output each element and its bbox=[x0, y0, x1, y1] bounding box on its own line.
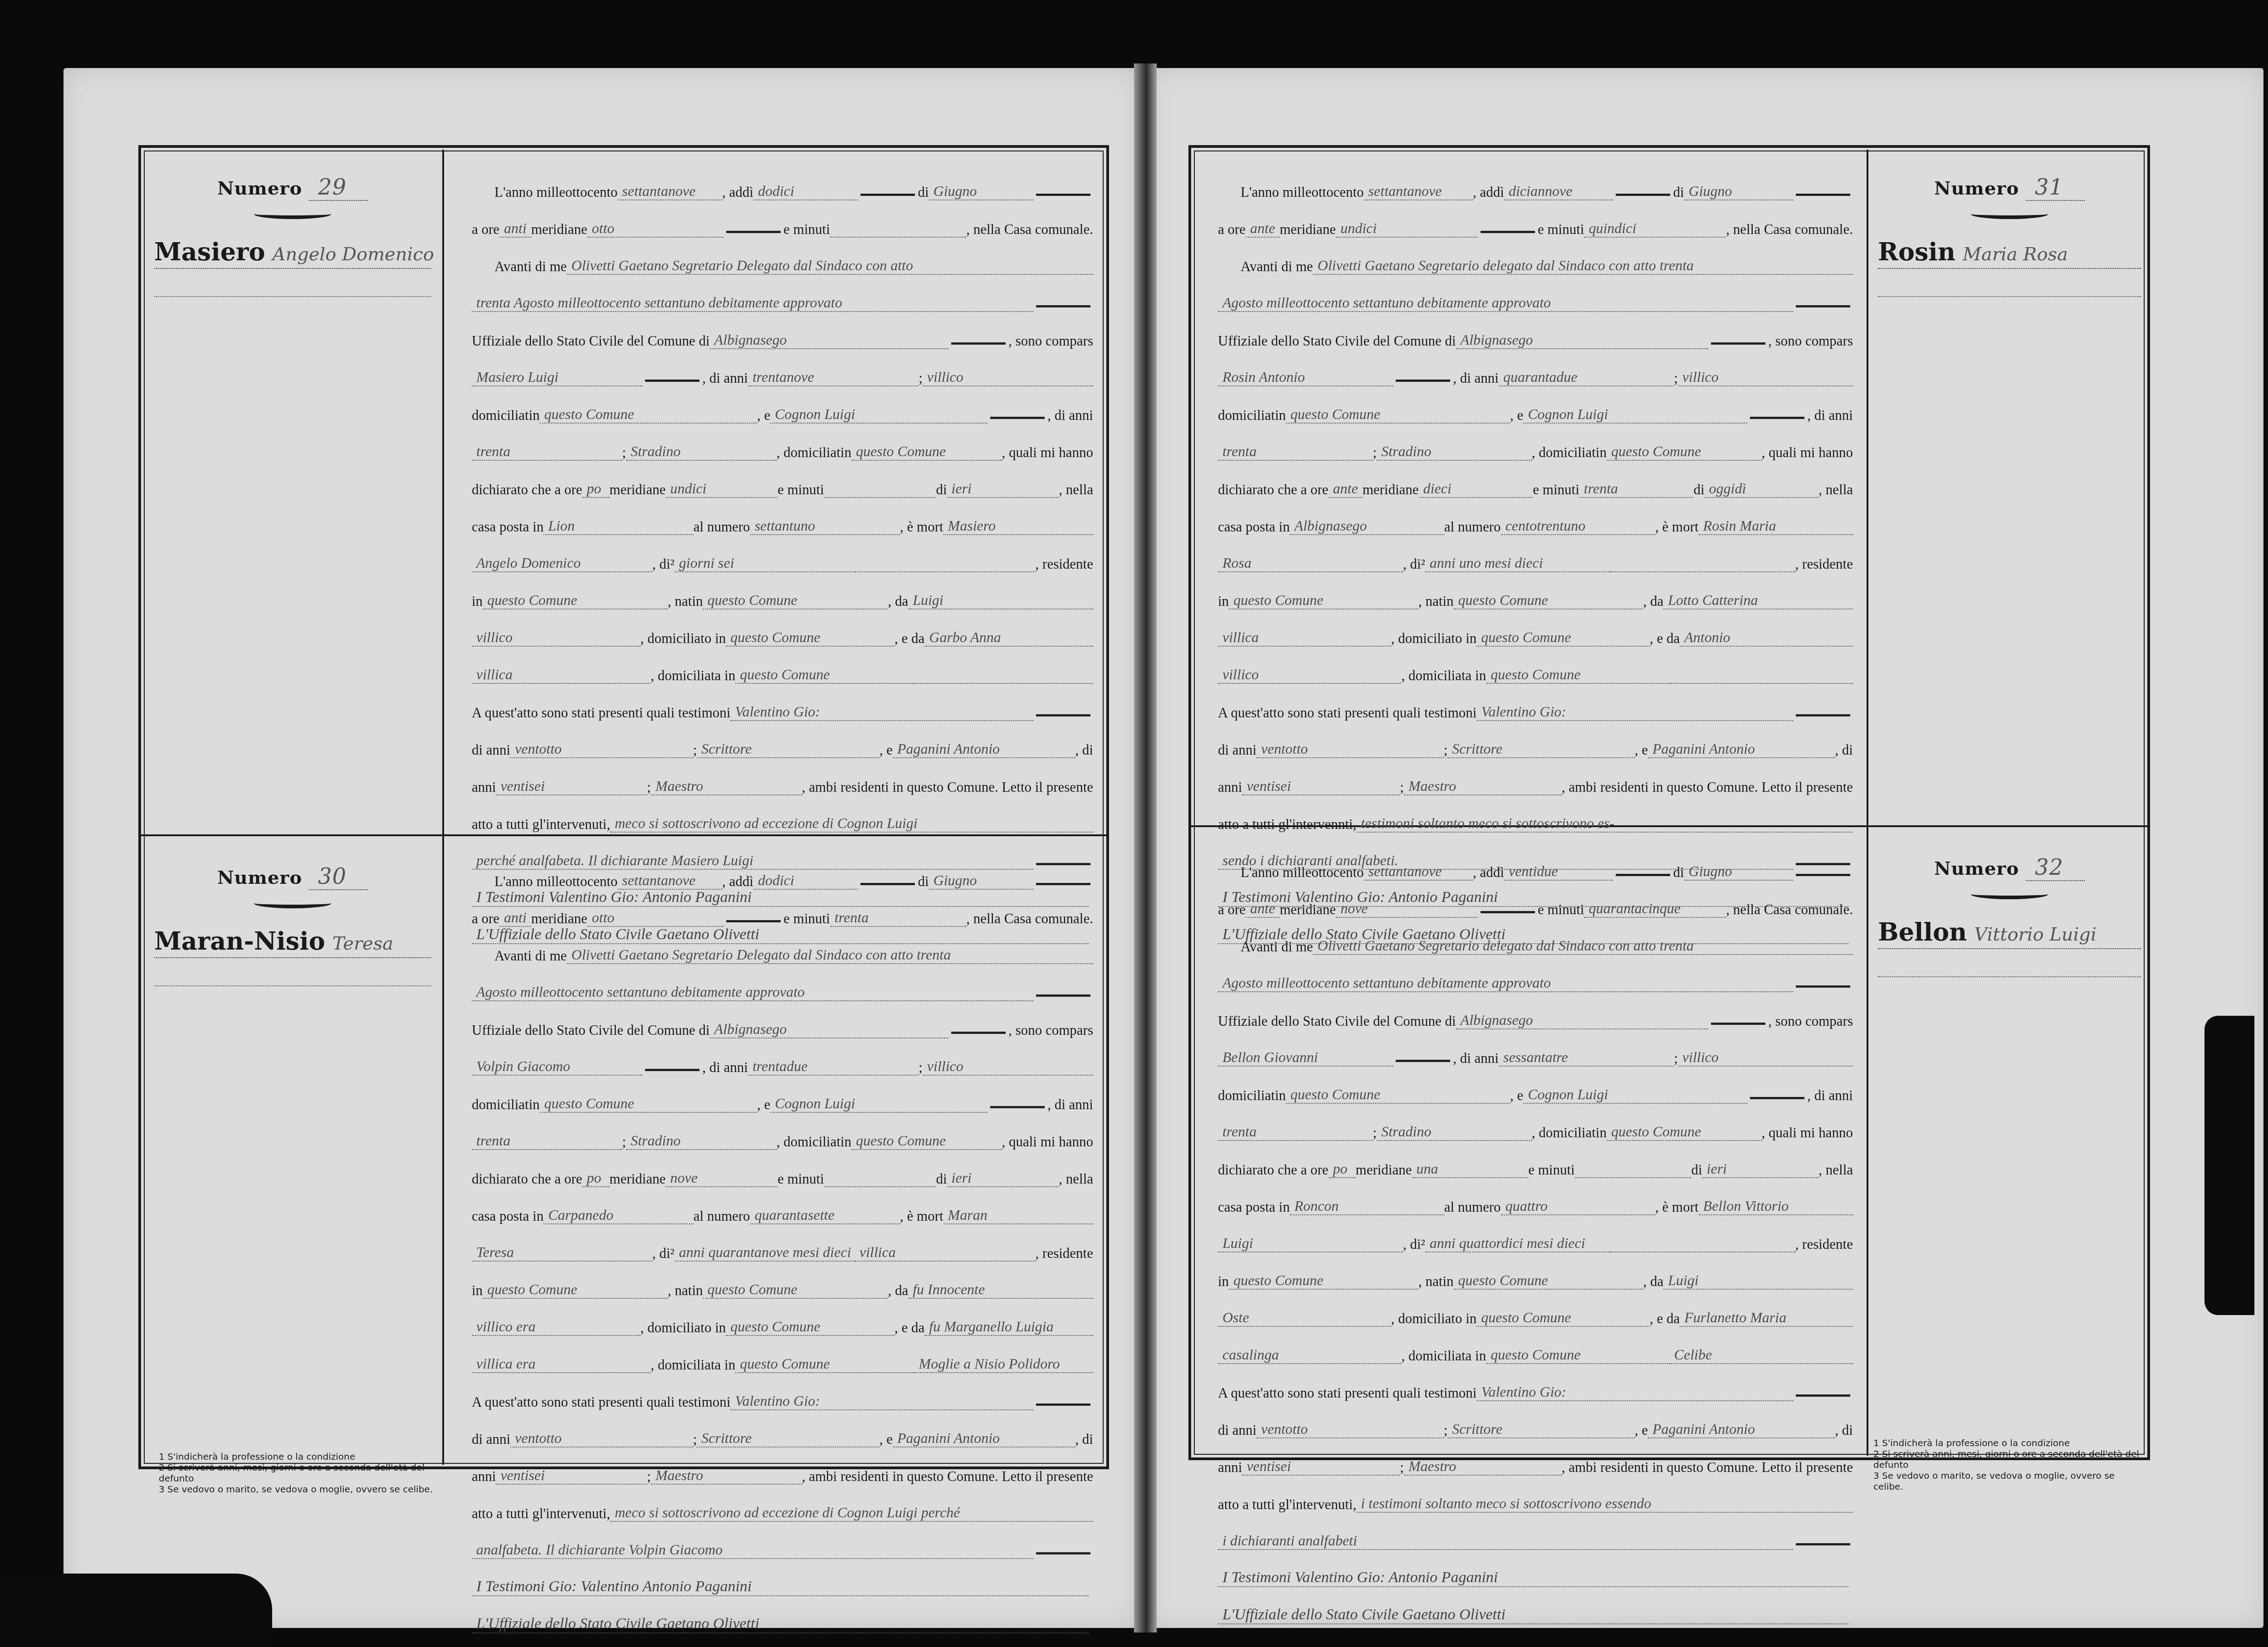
deceased-name: Maran-NisioTeresa bbox=[154, 926, 431, 958]
handwritten-field: anni quarantanove mesi dieci bbox=[675, 1244, 855, 1262]
handwritten-field: Cognon Luigi bbox=[770, 1095, 987, 1113]
handwritten-field: questo Comune bbox=[1229, 1272, 1418, 1290]
handwritten-field: Cognon Luigi bbox=[770, 406, 987, 424]
handwritten-field: diciannove bbox=[1504, 183, 1613, 200]
handwritten-field: una bbox=[1412, 1160, 1529, 1178]
bottom-shadow bbox=[0, 1574, 272, 1647]
handwritten-field: dodici bbox=[753, 183, 858, 200]
handwritten-field: Celibe bbox=[1670, 1346, 1853, 1364]
handwritten-field: villica bbox=[472, 666, 650, 684]
handwritten-field: Angelo Domenico bbox=[472, 555, 652, 572]
handwritten-field: ante bbox=[1246, 220, 1280, 238]
handwritten-field: Maestro bbox=[1404, 1458, 1562, 1476]
handwritten-field: Teresa bbox=[472, 1244, 652, 1262]
handwritten-field: Albignasego bbox=[1290, 517, 1444, 535]
deceased-name: MasieroAngelo Domenico bbox=[154, 237, 431, 269]
handwritten-field: ante bbox=[1329, 480, 1363, 498]
handwritten-field: villico bbox=[1678, 1049, 1853, 1067]
handwritten-field: quarantacinque bbox=[1584, 900, 1726, 918]
handwritten-field: meco si sottoscrivono ad eccezione di Co… bbox=[610, 815, 1093, 833]
handwritten-field: ventisei bbox=[496, 778, 647, 795]
handwritten-field: questo Comune bbox=[1607, 1123, 1762, 1141]
handwritten-field: centotrentuno bbox=[1501, 517, 1655, 535]
handwritten-field: Agosto milleottocento settantuno debitam… bbox=[1218, 975, 1793, 992]
handwritten-field: trenta bbox=[830, 909, 966, 927]
handwritten-field: Stradino bbox=[1377, 443, 1532, 461]
handwritten-field: ventotto bbox=[1256, 1421, 1443, 1438]
handwritten-field: trentanove bbox=[748, 369, 919, 386]
handwritten-field: villico bbox=[923, 1058, 1093, 1076]
handwritten-field: ieri bbox=[1702, 1160, 1819, 1178]
handwritten-field: Garbo Anna bbox=[924, 629, 1093, 647]
act-entry-31: L'anno milleottocentosettantanove, addìd… bbox=[1191, 150, 1867, 944]
entry-number: 29 bbox=[309, 175, 368, 201]
handwritten-field: villico bbox=[923, 369, 1093, 386]
handwritten-field: Oste bbox=[1218, 1309, 1391, 1327]
entry-number: 32 bbox=[2026, 855, 2085, 881]
handwritten-field: questo Comune bbox=[726, 1318, 894, 1336]
handwritten-field: Carpanedo bbox=[543, 1207, 693, 1224]
handwritten-field: ieri bbox=[947, 480, 1059, 498]
margin-entry-29: Numero 29 MasieroAngelo Domenico bbox=[145, 150, 440, 297]
handwritten-field: trentadue bbox=[748, 1058, 919, 1076]
handwritten-field: giorni sei bbox=[675, 555, 855, 572]
handwritten-field: po bbox=[582, 1169, 610, 1187]
handwritten-field: questo Comune bbox=[540, 406, 757, 424]
handwritten-field: quarantasette bbox=[750, 1207, 900, 1224]
handwritten-field: Albignasego bbox=[710, 331, 949, 349]
handwritten-field: Rosa bbox=[1218, 555, 1403, 572]
handwritten-field: Valentino Gio: bbox=[1476, 703, 1793, 721]
handwritten-field: fu Marganello Luigia bbox=[924, 1318, 1093, 1336]
handwritten-field: dieci bbox=[1419, 480, 1533, 498]
handwritten-field: trenta bbox=[1218, 1123, 1373, 1141]
handwritten-field: undici bbox=[666, 480, 778, 498]
handwritten-field: questo Comune bbox=[1486, 666, 1669, 684]
handwritten-field: questo Comune bbox=[1454, 592, 1643, 609]
handwritten-field: settantuno bbox=[750, 517, 900, 535]
handwritten-field: trenta bbox=[472, 443, 622, 461]
handwritten-field: Scrittore bbox=[1447, 741, 1634, 758]
handwritten-field: questo Comune bbox=[483, 1281, 668, 1299]
numero-label: Numero 31 bbox=[1878, 175, 2141, 201]
ornament-icon bbox=[1971, 209, 2048, 219]
margin-entry-30: Numero 30 Maran-NisioTeresa bbox=[145, 839, 440, 986]
handwritten-field: questo Comune bbox=[1286, 1086, 1510, 1104]
numero-label: Numero 29 bbox=[154, 175, 431, 201]
handwritten-field: meco si sottoscrivono ad eccezione di Co… bbox=[610, 1504, 1093, 1522]
handwritten-field: otto bbox=[587, 220, 723, 238]
handwritten-field: otto bbox=[587, 909, 723, 927]
handwritten-field: i testimoni soltanto meco si sottoscrivo… bbox=[1356, 1495, 1853, 1513]
handwritten-field: villica era bbox=[472, 1355, 650, 1373]
witness-signatures: I Testimoni Valentino Gio: Antonio Pagan… bbox=[1218, 1550, 1848, 1587]
handwritten-field: casalinga bbox=[1218, 1346, 1401, 1364]
handwritten-field: Albignasego bbox=[1456, 1012, 1709, 1029]
handwritten-field: quarantadue bbox=[1499, 369, 1674, 386]
officer-signature: L'Uffiziale dello Stato Civile Gaetano O… bbox=[1218, 1587, 1848, 1624]
handwritten-field: trenta bbox=[1218, 443, 1373, 461]
handwritten-field: trenta bbox=[1579, 480, 1694, 498]
handwritten-field bbox=[1610, 571, 1795, 572]
handwritten-field: Valentino Gio: bbox=[1476, 1384, 1793, 1401]
handwritten-field: analfabeta. Il dichiarante Volpin Giacom… bbox=[472, 1541, 1033, 1559]
handwritten-field: Giugno bbox=[929, 872, 1033, 890]
handwritten-field: questo Comune bbox=[1229, 592, 1418, 609]
handwritten-field: Cognon Luigi bbox=[1523, 1086, 1747, 1104]
handwritten-field: dodici bbox=[753, 872, 858, 890]
handwritten-field: trenta bbox=[472, 1132, 622, 1150]
handwritten-field: Agosto milleottocento settantuno debitam… bbox=[472, 984, 1033, 1001]
handwritten-field: villico bbox=[472, 629, 640, 647]
handwritten-field: Furlanetto Maria bbox=[1680, 1309, 1853, 1327]
handwritten-field: questo Comune bbox=[1607, 443, 1762, 461]
handwritten-field: Maestro bbox=[651, 1467, 802, 1485]
handwritten-field: Paganini Antonio bbox=[893, 741, 1075, 758]
handwritten-field: oggidì bbox=[1705, 480, 1819, 498]
page-tab-marker bbox=[2204, 1016, 2254, 1315]
entry-number: 31 bbox=[2026, 175, 2085, 201]
handwritten-field: questo Comune bbox=[483, 592, 668, 609]
handwritten-field: quattro bbox=[1501, 1198, 1655, 1215]
handwritten-field: Lion bbox=[543, 517, 693, 535]
handwritten-field: anti bbox=[499, 220, 531, 238]
handwritten-field: po bbox=[1329, 1160, 1356, 1178]
handwritten-field: i dichiaranti analfabeti bbox=[1218, 1532, 1793, 1550]
handwritten-field bbox=[1575, 1177, 1691, 1178]
handwritten-field: Luigi bbox=[1218, 1235, 1403, 1252]
handwritten-field bbox=[1670, 683, 1853, 684]
handwritten-field: Scrittore bbox=[697, 741, 879, 758]
handwritten-field: questo Comune bbox=[735, 1355, 914, 1373]
handwritten-field: settantanove bbox=[618, 872, 722, 890]
handwritten-field: Olivetti Gaetano Segretario Delegato dal… bbox=[567, 257, 1093, 275]
handwritten-field: ventisei bbox=[1242, 1458, 1400, 1476]
handwritten-field: Roncon bbox=[1290, 1198, 1444, 1215]
handwritten-field: settantanove bbox=[618, 183, 722, 200]
margin-entry-32: Numero 32 BellonVittorio Luigi bbox=[1869, 830, 2150, 977]
handwritten-field: questo Comune bbox=[735, 666, 914, 684]
handwritten-field: Maran bbox=[943, 1207, 1093, 1224]
handwritten-field: Giugno bbox=[1684, 183, 1793, 200]
handwritten-field bbox=[824, 1186, 936, 1187]
handwritten-field: ventotto bbox=[510, 1430, 693, 1447]
handwritten-field: ventidue bbox=[1504, 863, 1613, 881]
handwritten-field: Paganini Antonio bbox=[893, 1430, 1075, 1447]
handwritten-field: trenta Agosto milleottocento settantuno … bbox=[472, 294, 1033, 312]
footnotes-right: 1 S'indicherà la professione o la condiz… bbox=[1873, 1437, 2146, 1492]
handwritten-field: Scrittore bbox=[697, 1430, 879, 1447]
deceased-name: BellonVittorio Luigi bbox=[1878, 917, 2141, 949]
right-column-divider bbox=[1867, 150, 1868, 1456]
handwritten-field: Valentino Gio: bbox=[730, 703, 1033, 721]
handwritten-field: Maestro bbox=[651, 778, 802, 795]
handwritten-field: Maestro bbox=[1404, 778, 1562, 795]
handwritten-field: questo Comune bbox=[1486, 1346, 1669, 1364]
handwritten-field: Stradino bbox=[1377, 1123, 1532, 1141]
handwritten-field: questo Comune bbox=[1476, 629, 1650, 647]
act-entry-32: L'anno milleottocentosettantanove, addìv… bbox=[1191, 830, 1867, 1624]
ornament-icon bbox=[1971, 889, 2048, 899]
handwritten-field: ventotto bbox=[1256, 741, 1443, 758]
handwritten-field: sessantatre bbox=[1499, 1049, 1674, 1067]
handwritten-field: villica bbox=[1218, 629, 1391, 647]
ornament-icon bbox=[254, 209, 331, 219]
handwritten-field: questo Comune bbox=[1476, 1309, 1650, 1327]
handwritten-field bbox=[824, 497, 936, 498]
handwritten-field: Agosto milleottocento settantuno debitam… bbox=[1218, 294, 1793, 312]
handwritten-field: anni quattordici mesi dieci bbox=[1425, 1235, 1610, 1252]
handwritten-field: undici bbox=[1336, 220, 1478, 238]
handwritten-field: Masiero bbox=[943, 517, 1093, 535]
handwritten-field: questo Comune bbox=[703, 1281, 888, 1299]
book-gutter bbox=[1134, 63, 1157, 1632]
handwritten-field: villico bbox=[1218, 666, 1401, 684]
entry-number: 30 bbox=[309, 864, 368, 890]
handwritten-field: Stradino bbox=[626, 443, 777, 461]
witness-signatures: I Testimoni Gio: Valentino Antonio Pagan… bbox=[472, 1559, 1089, 1596]
handwritten-field: Luigi bbox=[1663, 1272, 1853, 1290]
handwritten-field: Paganini Antonio bbox=[1648, 741, 1835, 758]
handwritten-field bbox=[1610, 1252, 1795, 1252]
handwritten-field: Scrittore bbox=[1447, 1421, 1634, 1438]
handwritten-field: nove bbox=[666, 1169, 778, 1187]
handwritten-field: Giugno bbox=[929, 183, 1033, 200]
handwritten-field: Olivetti Gaetano Segretario delegato dal… bbox=[1313, 257, 1853, 275]
handwritten-field: settantanove bbox=[1364, 183, 1473, 200]
handwritten-field: Bellon Giovanni bbox=[1218, 1049, 1393, 1067]
handwritten-field bbox=[914, 683, 1093, 684]
handwritten-field: settantanove bbox=[1364, 863, 1473, 881]
handwritten-field: Lotto Catterina bbox=[1663, 592, 1853, 609]
margin-entry-31: Numero 31 RosinMaria Rosa bbox=[1869, 150, 2150, 297]
handwritten-field: Cognon Luigi bbox=[1523, 406, 1747, 424]
handwritten-field: questo Comune bbox=[851, 1132, 1002, 1150]
handwritten-field: Olivetti Gaetano Segretario Delegato dal… bbox=[567, 946, 1093, 964]
act-entry-29: L'anno milleottocentosettantanove, addìd… bbox=[445, 150, 1107, 944]
handwritten-field: Rosin Maria bbox=[1699, 517, 1853, 535]
handwritten-field bbox=[855, 571, 1036, 572]
handwritten-field: po bbox=[582, 480, 610, 498]
numero-label: Numero 32 bbox=[1878, 855, 2141, 881]
handwritten-field: Antonio bbox=[1680, 629, 1853, 647]
handwritten-field: Giugno bbox=[1684, 863, 1793, 881]
handwritten-field: Paganini Antonio bbox=[1648, 1421, 1835, 1438]
handwritten-field: Albignasego bbox=[710, 1021, 949, 1038]
officer-signature: L'Uffiziale dello Stato Civile Gaetano O… bbox=[472, 1596, 1089, 1633]
handwritten-field: villico era bbox=[472, 1318, 640, 1336]
handwritten-field: ieri bbox=[947, 1169, 1059, 1187]
handwritten-field: questo Comune bbox=[851, 443, 1002, 461]
handwritten-field: Moglie a Nisio Polidoro bbox=[914, 1355, 1093, 1373]
handwritten-field: questo Comune bbox=[540, 1095, 757, 1113]
handwritten-field: questo Comune bbox=[1286, 406, 1510, 424]
act-entry-30: L'anno milleottocentosettantanove, addìd… bbox=[445, 839, 1107, 1633]
handwritten-field: Masiero Luigi bbox=[472, 369, 642, 386]
handwritten-field: Bellon Vittorio bbox=[1699, 1198, 1853, 1215]
handwritten-field: Valentino Gio: bbox=[730, 1393, 1033, 1410]
handwritten-field: Stradino bbox=[626, 1132, 777, 1150]
handwritten-field: nove bbox=[1336, 900, 1478, 918]
handwritten-field: Olivetti Gaetano Segretario delegato dal… bbox=[1313, 937, 1853, 955]
handwritten-field: questo Comune bbox=[1454, 1272, 1643, 1290]
handwritten-field: Rosin Antonio bbox=[1218, 369, 1393, 386]
handwritten-field: anni uno mesi dieci bbox=[1425, 555, 1610, 572]
handwritten-field bbox=[830, 237, 966, 238]
handwritten-field: quindici bbox=[1584, 220, 1726, 238]
handwritten-field: questo Comune bbox=[703, 592, 888, 609]
handwritten-field: fu Innocente bbox=[908, 1281, 1093, 1299]
deceased-name: RosinMaria Rosa bbox=[1878, 237, 2141, 269]
handwritten-field: anti bbox=[499, 909, 531, 927]
handwritten-field: Volpin Giacomo bbox=[472, 1058, 642, 1076]
footnotes-left: 1 S'indicherà la professione o la condiz… bbox=[159, 1451, 445, 1495]
numero-label: Numero 30 bbox=[154, 864, 431, 890]
handwritten-field: ventotto bbox=[510, 741, 693, 758]
handwritten-field: villica bbox=[855, 1244, 1036, 1262]
handwritten-field: ante bbox=[1246, 900, 1280, 918]
handwritten-field: ventisei bbox=[1242, 778, 1400, 795]
handwritten-field: Luigi bbox=[908, 592, 1093, 609]
ornament-icon bbox=[254, 898, 331, 908]
handwritten-field: questo Comune bbox=[726, 629, 894, 647]
handwritten-field: Albignasego bbox=[1456, 331, 1709, 349]
handwritten-field: ventisei bbox=[496, 1467, 647, 1485]
left-column-divider bbox=[442, 150, 444, 1465]
handwritten-field: villico bbox=[1678, 369, 1853, 386]
